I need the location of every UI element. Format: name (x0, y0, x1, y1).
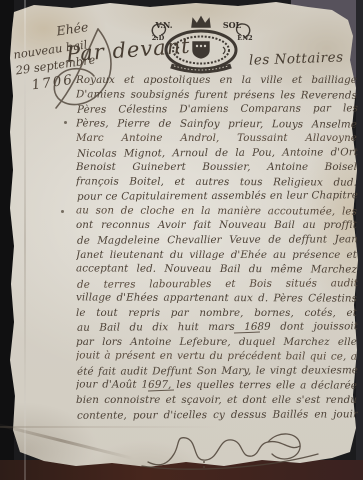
signature-flourish-icon (140, 424, 325, 472)
stamp-text-en2: EN2 (237, 34, 252, 42)
manuscript-line: le tout repris par nombre, bornes, cotés… (76, 306, 357, 321)
stamp-text-un: V.N. (154, 20, 172, 30)
manuscript-line: acceptant led. Nouveau Bail du même Marc… (76, 261, 357, 277)
manuscript-line: Janet lieutenant du village d'Ehée au pr… (76, 248, 357, 263)
manuscript-line: au son de cloche en la manière accoutumé… (76, 203, 357, 219)
manuscript-line: Pères, Pierre de Sainfoy prieur, Louys A… (76, 116, 357, 132)
manuscript-line: de Magdeleine Chevallier Veuve de deffun… (77, 232, 358, 248)
manuscript-line: au Bail du dix huit mars 1689 dont jouis… (77, 320, 358, 336)
manuscript-line: de terres labourables et Bois situés aud… (77, 276, 358, 292)
manuscript-line: par lors Antoine Lefebure, duquel Marche… (76, 335, 357, 350)
manuscript-line: jour d'Août 1697, les quelles terres ell… (76, 378, 357, 394)
manuscript-line: pour ce Capitulairement assemblés en leu… (77, 189, 358, 205)
manuscript-line: Marc Antoine Androl, Toussaint Allavoyne… (76, 131, 357, 146)
manuscript-line: D'amiens soubsignés furent présens les R… (76, 87, 357, 103)
ink-dot (61, 210, 64, 213)
manuscript-line: ont reconnus Avoir fait Nouveau Bail au … (76, 218, 357, 233)
manuscript-body: Royaux et apostoliques en la ville et ba… (76, 73, 357, 422)
manuscript-line: jouit à présent en vertu du précédent ba… (76, 349, 357, 365)
manuscript-line: bien connoistre et sçavoir, et dont elle… (76, 393, 357, 408)
opening-words-right: les Nottaires (249, 49, 344, 68)
manuscript-line: contente, pour d'icelles cy dessus Baill… (77, 407, 358, 423)
manuscript-line: Nicolas Mignot, Arnoul de la Pou, Antoin… (77, 145, 358, 161)
manuscript-scan: Ehée nouveau bail 29 septembre 1706 V.N.… (0, 0, 363, 480)
manuscript-line: village d'Ehées appartenant aux d. Pères… (76, 291, 357, 307)
manuscript-line: Benoist Guinebert Boussier, Antoine Bois… (76, 160, 357, 175)
ink-dot (64, 121, 67, 124)
stamp-text-sol: SOL (223, 20, 242, 30)
manuscript-line: Pères Célestins D'amiens Comparans par l… (77, 101, 358, 117)
manuscript-line: Royaux et apostoliques en la ville et ba… (76, 73, 357, 88)
